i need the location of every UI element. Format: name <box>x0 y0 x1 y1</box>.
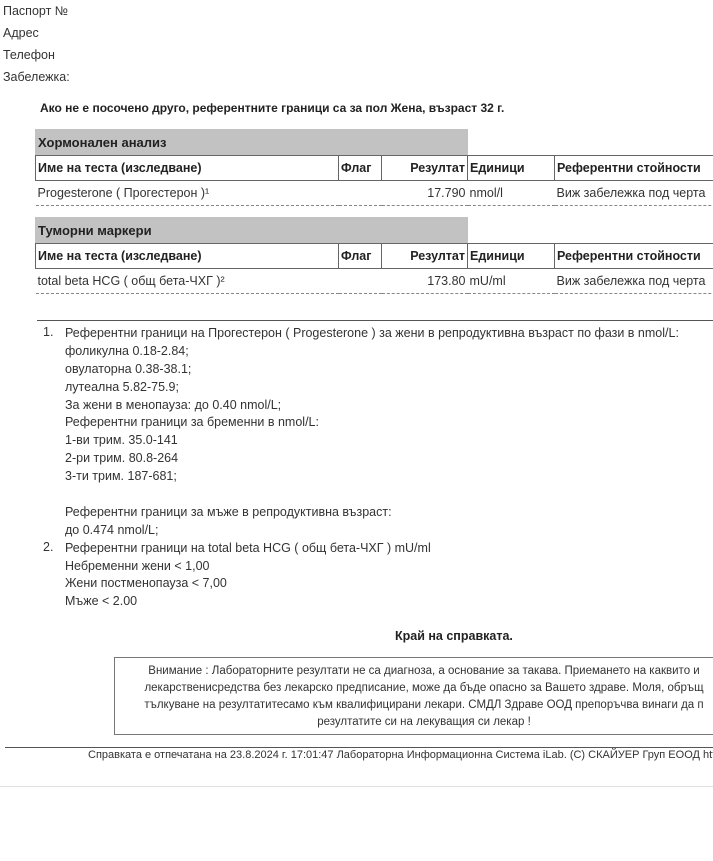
header-units: Единици <box>468 156 555 181</box>
footnote-line: Референтни граници за бременни в nmol/L: <box>65 414 713 432</box>
table-row: Progesterone ( Прогестерон )¹ 17.790 nmo… <box>36 181 713 206</box>
patient-info: Паспорт № Адрес Телефон Забележка: <box>3 2 70 90</box>
passport-label: Паспорт № <box>3 2 70 24</box>
footnote-line: фоликулна 0.18-2.84; <box>65 343 713 361</box>
footnote-line: Референтни граници на total beta HCG ( о… <box>65 540 713 558</box>
footnote-line: Небременни жени < 1,00 <box>65 558 713 576</box>
footnote-number: 1. <box>43 325 53 339</box>
header-result: Резултат <box>382 156 468 181</box>
footer-print-info: Справката е отпечатана на 23.8.2024 г. 1… <box>88 749 713 761</box>
test-units: mU/ml <box>468 269 555 294</box>
footnote-2: 2. Референтни граници на total beta HCG … <box>42 540 713 612</box>
test-units: nmol/l <box>468 181 555 206</box>
header-result: Резултат <box>382 244 468 269</box>
reference-note: Ако не е посочено друго, референтните гр… <box>40 101 504 115</box>
header-name: Име на теста (изследване) <box>36 244 339 269</box>
footnote-line: овулаторна 0.38-38.1; <box>65 361 713 379</box>
section-title: Хормонален анализ <box>35 129 468 155</box>
disclaimer-line: резултатите си на лекуващия си лекар ! <box>115 714 713 731</box>
footnote-number: 2. <box>43 540 53 554</box>
disclaimer-line: тълкуване на резултатитесамо към квалифи… <box>115 697 713 714</box>
disclaimer-line: лекарственисредства без лекарско предпис… <box>115 680 713 697</box>
footer-divider <box>5 747 713 748</box>
footnote-line: Референтни граници на Прогестерон ( Prog… <box>65 325 713 343</box>
footnote-line: до 0.474 nmol/L; <box>65 522 713 540</box>
header-flag: Флаг <box>339 244 382 269</box>
test-flag <box>339 181 382 206</box>
disclaimer-line: Внимание : Лабораторните резултати не са… <box>115 663 713 680</box>
section-hormonal-analysis: Хормонален анализ Име на теста (изследва… <box>35 129 713 206</box>
disclaimer-box: Внимание : Лабораторните резултати не са… <box>114 657 713 735</box>
footnote-line: Мъже < 2.00 <box>65 593 713 611</box>
test-flag <box>339 269 382 294</box>
header-name: Име на теста (изследване) <box>36 156 339 181</box>
results-table: Име на теста (изследване) Флаг Резултат … <box>35 243 713 294</box>
results-table: Име на теста (изследване) Флаг Резултат … <box>35 155 713 206</box>
footnote-line: 2-ри трим. 80.8-264 <box>65 450 713 468</box>
header-reference: Референтни стойности <box>555 156 713 181</box>
test-reference: Виж забележка под черта <box>555 181 713 206</box>
footnote-line: Жени постменопауза < 7,00 <box>65 575 713 593</box>
table-header-row: Име на теста (изследване) Флаг Резултат … <box>36 156 713 181</box>
test-name: Progesterone ( Прогестерон )¹ <box>36 181 339 206</box>
section-title: Туморни маркери <box>35 217 468 243</box>
test-result: 17.790 <box>382 181 468 206</box>
test-name: total beta HCG ( общ бета-ЧХГ )² <box>36 269 339 294</box>
test-reference: Виж забележка под черта <box>555 269 713 294</box>
footnote-1: 1. Референтни граници на Прогестерон ( P… <box>42 325 713 540</box>
footnote-line <box>65 486 713 504</box>
footnote-line: 1-ви трим. 35.0-141 <box>65 432 713 450</box>
header-flag: Флаг <box>339 156 382 181</box>
phone-label: Телефон <box>3 46 70 68</box>
address-label: Адрес <box>3 24 70 46</box>
footnote-line: лутеална 5.82-75.9; <box>65 379 713 397</box>
section-tumor-markers: Туморни маркери Име на теста (изследване… <box>35 217 713 294</box>
table-header-row: Име на теста (изследване) Флаг Резултат … <box>36 244 713 269</box>
end-of-report: Край на справката. <box>395 629 513 643</box>
footnote-line: За жени в менопауза: до 0.40 nmol/L; <box>65 397 713 415</box>
footnote-line: 3-ти трим. 187-681; <box>65 468 713 486</box>
page-bottom-divider <box>0 786 713 787</box>
header-units: Единици <box>468 244 555 269</box>
table-row: total beta HCG ( общ бета-ЧХГ )² 173.80 … <box>36 269 713 294</box>
footnotes-divider <box>37 320 713 321</box>
header-reference: Референтни стойности <box>555 244 713 269</box>
footnote-line: Референтни граници за мъже в репродуктив… <box>65 504 713 522</box>
note-label: Забележка: <box>3 68 70 90</box>
footnotes: 1. Референтни граници на Прогестерон ( P… <box>42 325 713 611</box>
test-result: 173.80 <box>382 269 468 294</box>
